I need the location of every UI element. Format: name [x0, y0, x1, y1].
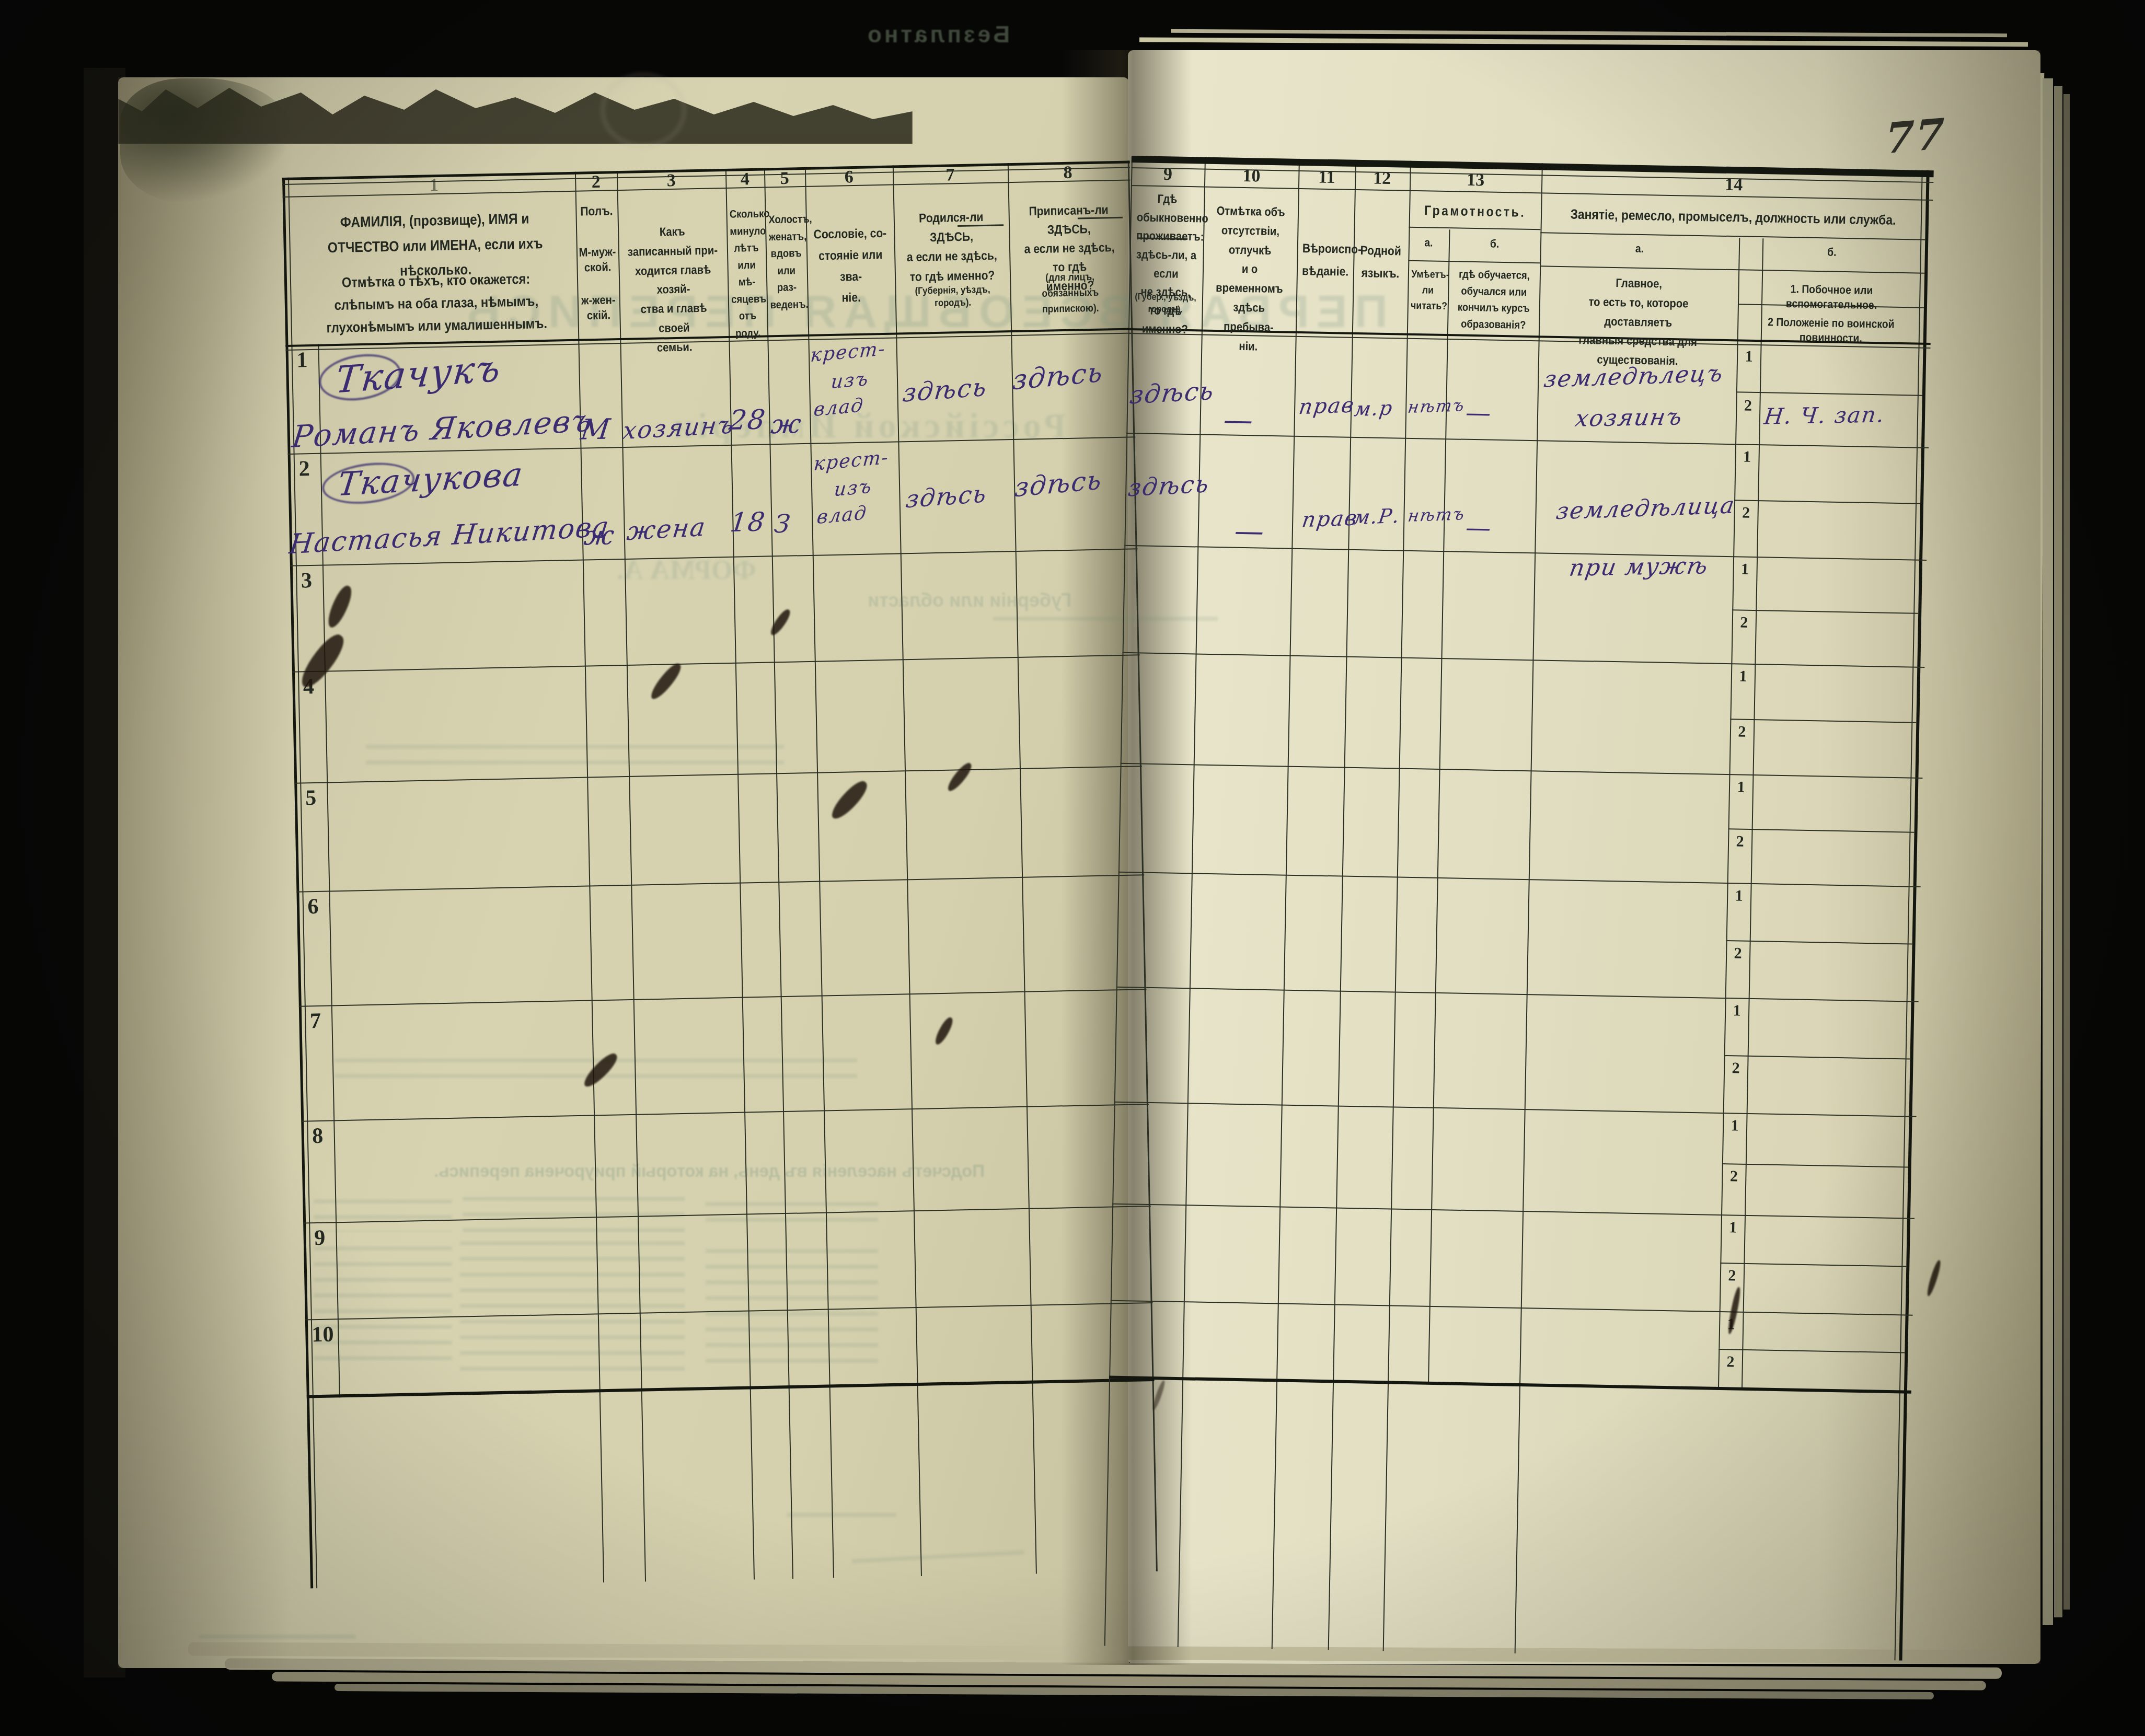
page-top-edges	[1139, 38, 2028, 47]
col-number-8: 8	[1052, 163, 1084, 183]
header-residence-note: (Губер., уѣздъ, городъ).	[1133, 291, 1198, 316]
col-number-5: 5	[769, 168, 801, 189]
col-number-10: 10	[1236, 166, 1267, 187]
row-number: 9	[306, 1225, 333, 1251]
entry-literacy-1: нѣтъ	[1406, 395, 1466, 417]
entry-estate-2a: крест-	[813, 447, 890, 475]
entry-language-1: м.р	[1353, 396, 1394, 421]
sub-row-label: 1	[1734, 560, 1756, 578]
col-number-14: 14	[1718, 175, 1750, 195]
sub-row-label: 1	[1728, 887, 1750, 905]
header-literacy-title: Грамотность.	[1419, 202, 1531, 221]
entry-education-2: —	[1466, 513, 1492, 543]
header-sex-male: М-муж- ской.	[578, 244, 617, 275]
col-number-2: 2	[580, 172, 612, 192]
entry-occupation-1b: хозяинъ	[1573, 403, 1685, 432]
entry-marital-2: З	[772, 510, 793, 539]
census-table-right: 9 10 11 12 13 14 Гдѣ обыкновенно прожива…	[1104, 156, 1934, 1661]
entry-name-1: Романъ Яковлевъ	[290, 402, 595, 455]
row-number: 1	[289, 348, 316, 373]
row-number: 6	[300, 894, 327, 920]
entry-age-1: 28	[728, 404, 768, 436]
entry-estate-1a: крест-	[810, 338, 886, 366]
header-literacy-b-label: б.	[1454, 236, 1535, 252]
col-number-12: 12	[1366, 168, 1398, 189]
entry-occupation-1a: земледѣлецъ	[1542, 360, 1725, 393]
row-number: 2	[291, 456, 318, 482]
entry-absence-2: —	[1234, 514, 1265, 549]
crest-stamp	[601, 73, 686, 147]
header-occupation-b-label: б.	[1750, 244, 1914, 261]
header-age: Сколько минуло лѣтъ или мѣ- сяцевъ отъ р…	[729, 206, 764, 343]
entry-estate-2c: влад	[816, 502, 868, 528]
entry-military-1: Н. Ч. зап.	[1762, 401, 1886, 429]
sub-row-label: 1	[1736, 448, 1758, 466]
entry-sex-2: ж	[582, 520, 617, 551]
col-number-9: 9	[1152, 165, 1184, 185]
sub-row-label: 1	[1726, 1002, 1748, 1020]
entry-born-1: здѣсь	[901, 372, 988, 408]
header-name-column-note: Отмѣтка о тѣхъ, кто окажется: слѣпымъ на…	[321, 268, 552, 340]
entry-language-2: м.Р.	[1352, 504, 1402, 529]
sub-row-label: 1	[1722, 1219, 1744, 1237]
header-absence: Отмѣтка объ отсутствіи, отлучкѣ и о врем…	[1208, 201, 1290, 356]
book-right-stack-2	[2043, 78, 2053, 1625]
entry-religion-2: прав	[1300, 506, 1359, 533]
sub-row-label: 2	[1734, 614, 1755, 632]
ghost-footer-line	[199, 1635, 355, 1642]
header-registration-note: (для лицъ, обязанныхъ припискою).	[1019, 269, 1122, 318]
header-literacy-read: Умѣетъ- ли читать?	[1411, 267, 1445, 314]
entry-estate-1b: изъ	[830, 368, 870, 393]
header-occupation-side: 1. Побочное или вспомогательное.	[1752, 281, 1911, 314]
sub-row-label: 2	[1732, 723, 1753, 741]
entry-literacy-2: нѣтъ	[1406, 504, 1466, 526]
header-estate: Сословіе, со- стояніе или зва- ніе.	[813, 223, 889, 310]
entry-born-2: здѣсь	[904, 479, 988, 514]
header-occupation-a-label: а.	[1552, 240, 1727, 258]
header-birthplace-note: (Губернія, уѣздъ, городъ).	[904, 283, 1001, 310]
header-language: Родной языкъ.	[1358, 239, 1403, 285]
col-number-13: 13	[1460, 170, 1492, 191]
sub-row-label: 2	[1722, 1267, 1743, 1285]
sub-row-label: 1	[1724, 1117, 1746, 1135]
page-number: 77	[1885, 109, 1946, 164]
page-top-edges-2	[1171, 29, 2007, 37]
row-number: 10	[306, 1322, 339, 1347]
sub-row-label: 1	[1733, 667, 1754, 686]
sub-row-label: 2	[1729, 832, 1751, 851]
header-residence: Гдѣ обыкновенно проживаетъ: здѣсь-ли, а …	[1135, 189, 1198, 339]
header-occupation-military: 2 Положеніе по воинской повинности.	[1751, 315, 1910, 347]
census-table-left: 1 2 3 4 5 6 7 8 ФАМИЛІЯ, (прозвище), ИМЯ…	[282, 160, 1158, 1588]
header-sex-female: ж-жен- скій.	[579, 292, 618, 323]
col-number-11: 11	[1311, 167, 1343, 188]
entry-registered-2: здѣсь	[1013, 465, 1104, 503]
header-relation: Какъ записанный при- ходится главѣ хозяй…	[626, 221, 721, 357]
sub-row-label: 2	[1725, 1059, 1747, 1078]
row-number: 8	[304, 1124, 331, 1149]
header-occupation-main: Главное, то есть то, которое доставляетъ…	[1554, 272, 1722, 372]
header-religion: Вѣроиспо- вѣданіе.	[1302, 237, 1349, 283]
entry-age-2: 18	[729, 506, 768, 538]
entry-absence-1: —	[1223, 403, 1254, 437]
entry-marital-1: ж	[769, 409, 804, 439]
row-number: 5	[297, 785, 324, 811]
header-sex: Полъ.	[577, 203, 616, 220]
col-number-6: 6	[833, 167, 865, 188]
ghost-free-label: Безплатно	[865, 22, 1010, 48]
entry-occupation-2b: при мужѣ	[1567, 552, 1711, 582]
entry-education-1: —	[1466, 398, 1492, 428]
entry-surname-2: Ткачукова	[336, 455, 526, 503]
entry-relation-1: хозяинъ	[621, 410, 736, 445]
sub-row-label: 2	[1720, 1353, 1742, 1371]
col-number-1: 1	[418, 176, 450, 196]
entry-estate-2b: изъ	[833, 476, 873, 501]
entry-sex-1: М	[579, 412, 613, 446]
book-right-stack-3	[2054, 86, 2062, 1617]
sub-row-label: 2	[1723, 1167, 1745, 1186]
entry-occupation-2a: земледѣлица	[1554, 492, 1737, 525]
entry-religion-1: прав	[1297, 393, 1356, 419]
sub-row-label: 2	[1727, 944, 1749, 963]
col-number-7: 7	[935, 165, 966, 186]
photo-stage: Безплатно ПЕРВАЯ ВСЕОБЩАЯ ПЕРЕПИСЬ Россі…	[0, 0, 2145, 1736]
col-number-3: 3	[655, 170, 687, 191]
entry-estate-1c: влад	[813, 395, 864, 421]
header-occupation-title: Занятіе, ремесло, промыселъ, должность и…	[1566, 205, 1900, 229]
sub-row-label: 2	[1737, 397, 1759, 415]
entry-resides-2: здѣсь	[1126, 469, 1211, 502]
sub-row-label: 2	[1735, 504, 1757, 522]
entry-name-2: Настасья Никитова	[287, 511, 612, 560]
entry-relation-2: жена	[625, 513, 708, 547]
book-right-stack-4	[2063, 94, 2070, 1610]
entry-resides-1: здѣсь	[1128, 376, 1216, 410]
row-number: 3	[293, 568, 320, 594]
entry-registered-1: здѣсь	[1011, 356, 1104, 396]
sub-row-label: 1	[1738, 348, 1760, 366]
header-literacy-school: гдѣ обучается, обучался или кончилъ курс…	[1456, 266, 1532, 333]
header-literacy-a-label: а.	[1411, 235, 1446, 250]
header-birthplace: Родился-ли ЗДѢСЬ, а если не здѣсь, то гд…	[902, 207, 1001, 286]
row-number: 7	[302, 1009, 329, 1034]
header-marital: Холостъ, женатъ, вдовъ или раз- веденъ.	[768, 211, 804, 314]
sub-row-label: 1	[1731, 778, 1752, 796]
col-number-4: 4	[729, 169, 761, 190]
